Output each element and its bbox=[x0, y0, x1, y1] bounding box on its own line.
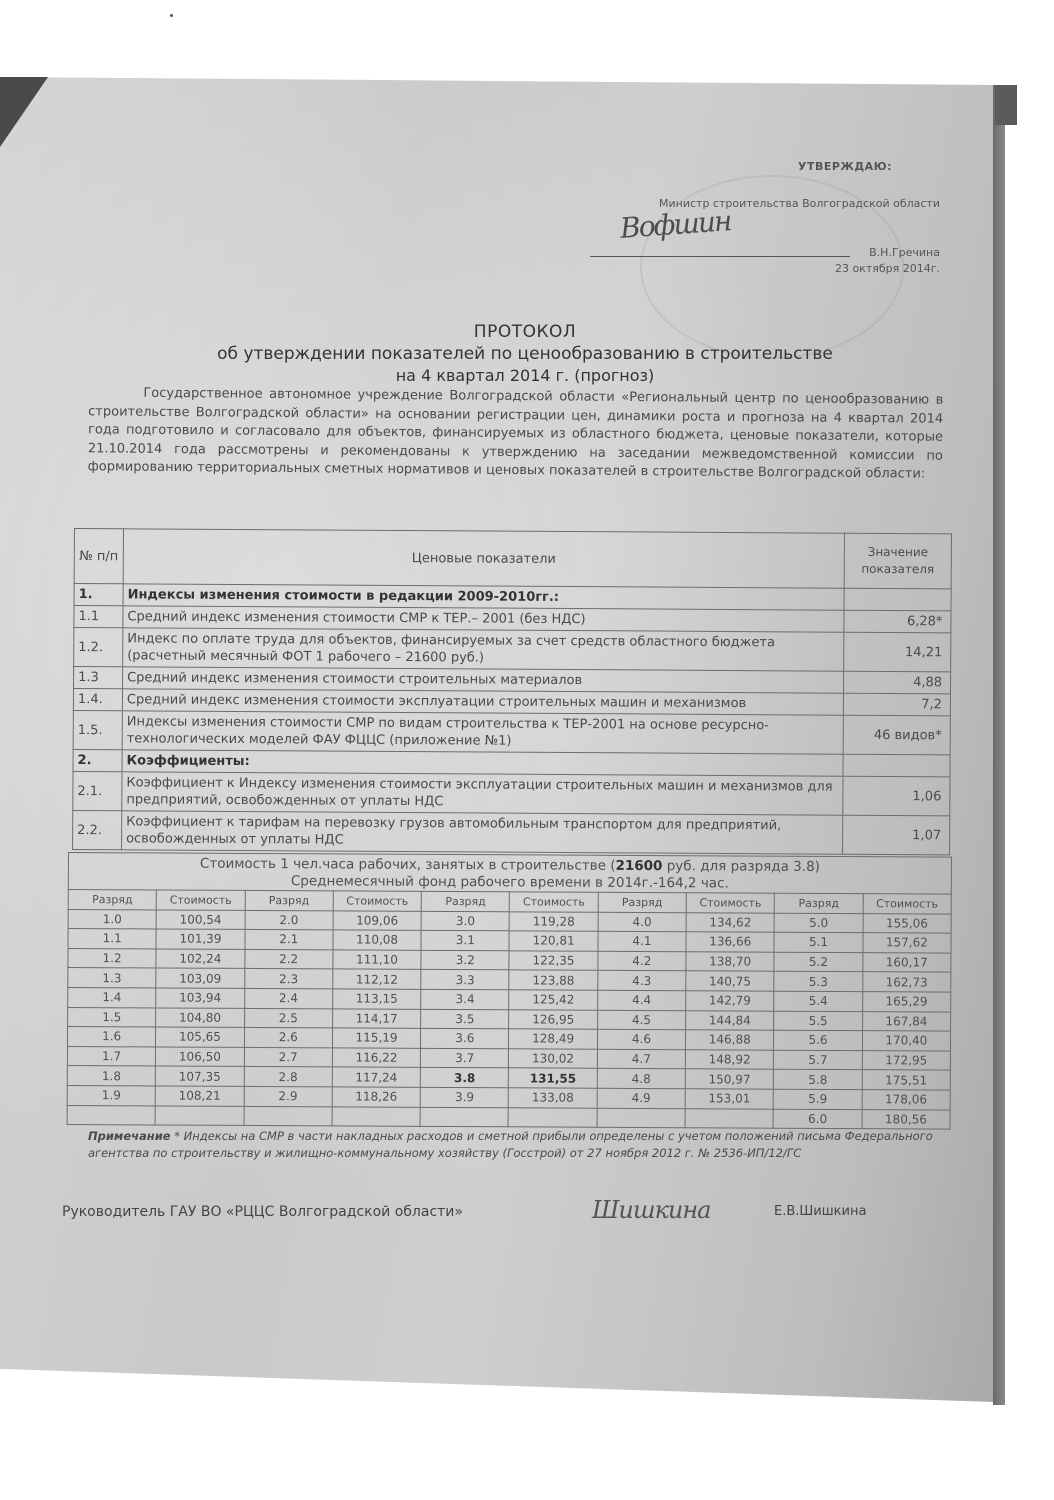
cost-cell bbox=[332, 1106, 420, 1126]
price-indicators-table: № п/п Ценовые показатели Значение показа… bbox=[72, 528, 952, 855]
cost-cell: 101,39 bbox=[156, 929, 244, 949]
table-row: 2.1.Коэффициент к Индексу изменения стои… bbox=[73, 771, 950, 815]
cost-cell: 102,24 bbox=[156, 949, 244, 969]
grade-cell: 3.4 bbox=[421, 989, 509, 1009]
table-row: 1.2.Индекс по оплате труда для объектов,… bbox=[74, 628, 951, 672]
grade-cell: 4.8 bbox=[597, 1069, 685, 1089]
grade-cell: 1.8 bbox=[67, 1066, 155, 1086]
grade-cell bbox=[244, 1106, 332, 1126]
footnote: Примечание * Индексы на СМР в части накл… bbox=[88, 1128, 958, 1162]
table-header-row: № п/п Ценовые показатели Значение показа… bbox=[74, 529, 951, 589]
cost-cell: 148,92 bbox=[685, 1049, 773, 1069]
row-number: 2.1. bbox=[73, 771, 122, 810]
cost-cell: 167,84 bbox=[862, 1011, 950, 1031]
hourly-rate-block: Стоимость 1 чел.часа рабочих, занятых в … bbox=[67, 852, 952, 1130]
row-value: 6,28* bbox=[844, 610, 951, 633]
row-number: 1.1 bbox=[74, 606, 123, 628]
cost-cell bbox=[155, 1105, 243, 1125]
cost-cell: 126,95 bbox=[509, 1009, 597, 1029]
cost-cell: 103,09 bbox=[156, 968, 244, 988]
cost-cell: 113,15 bbox=[333, 989, 421, 1009]
rate-row: 6.0180,56 bbox=[67, 1105, 950, 1129]
grade-cell: 4.6 bbox=[597, 1029, 685, 1049]
row-value: 14,21 bbox=[844, 632, 951, 672]
grade-cell: 3.6 bbox=[421, 1029, 509, 1049]
row-label: Индексы изменения стоимости СМР по видам… bbox=[122, 711, 843, 754]
row-number: 2.2. bbox=[73, 810, 122, 849]
grade-cell: 3.2 bbox=[421, 950, 509, 970]
header-grade: Разряд bbox=[68, 890, 156, 910]
approver-name: В.Н.Гречина bbox=[869, 246, 940, 259]
grade-cell: 1.9 bbox=[67, 1085, 155, 1105]
grade-cell: 3.9 bbox=[420, 1087, 508, 1107]
grade-cell: 2.1 bbox=[245, 930, 333, 950]
grade-cell: 5.0 bbox=[774, 913, 862, 933]
cost-cell: 111,10 bbox=[333, 950, 421, 970]
grade-cell: 3.7 bbox=[421, 1048, 509, 1068]
header-grade: Разряд bbox=[775, 893, 863, 913]
cost-cell: 109,06 bbox=[333, 910, 421, 930]
grade-cell: 1.1 bbox=[68, 929, 156, 949]
cost-cell: 112,12 bbox=[333, 969, 421, 989]
grade-cell: 3.3 bbox=[421, 970, 509, 990]
grade-cell: 5.9 bbox=[774, 1089, 862, 1109]
grade-cell: 4.0 bbox=[598, 912, 686, 932]
grade-cell: 2.0 bbox=[245, 910, 333, 930]
rate-caption: Стоимость 1 чел.часа рабочих, занятых в … bbox=[68, 852, 952, 894]
header-cost: Стоимость bbox=[156, 890, 244, 910]
note-text: * Индексы на СМР в части накладных расхо… bbox=[88, 1129, 933, 1160]
grade-cell: 1.0 bbox=[68, 909, 156, 929]
cost-cell: 114,17 bbox=[332, 1008, 420, 1028]
header-grade: Разряд bbox=[245, 890, 333, 910]
grade-cell bbox=[67, 1105, 155, 1125]
document-content: УТВЕРЖДАЮ: Министр строительства Волгогр… bbox=[0, 0, 1054, 1500]
grade-cell: 1.4 bbox=[68, 987, 156, 1007]
header-value: Значение показателя bbox=[844, 533, 951, 589]
grade-cell: 5.5 bbox=[774, 1011, 862, 1031]
cost-cell bbox=[509, 1107, 597, 1127]
cost-cell: 123,88 bbox=[509, 970, 597, 990]
grade-cell: 1.2 bbox=[68, 948, 156, 968]
row-label: Коэффициент к тарифам на перевозку грузо… bbox=[122, 811, 843, 854]
note-label: Примечание bbox=[88, 1129, 171, 1143]
grade-cell: 3.5 bbox=[421, 1009, 509, 1029]
cost-cell: 157,62 bbox=[863, 933, 951, 953]
row-value: 46 видов* bbox=[843, 715, 950, 755]
cost-cell: 107,35 bbox=[156, 1066, 244, 1086]
title-line-3: на 4 квартал 2014 г. (прогноз) bbox=[150, 366, 900, 385]
grade-cell: 5.2 bbox=[774, 952, 862, 972]
grade-cell: 5.3 bbox=[774, 972, 862, 992]
cost-cell: 162,73 bbox=[862, 972, 950, 992]
grade-cell: 2.4 bbox=[244, 988, 332, 1008]
approval-role: Министр строительства Волгоградской обла… bbox=[580, 197, 940, 210]
cost-cell: 170,40 bbox=[862, 1031, 950, 1051]
grade-cell: 4.5 bbox=[597, 1010, 685, 1030]
cost-cell: 136,66 bbox=[686, 932, 774, 952]
grade-cell: 1.7 bbox=[67, 1046, 155, 1066]
header-cost: Стоимость bbox=[863, 894, 951, 914]
cost-cell: 118,26 bbox=[332, 1087, 420, 1107]
grade-cell: 5.6 bbox=[774, 1030, 862, 1050]
grade-cell: 2.6 bbox=[244, 1028, 332, 1048]
row-number: 1. bbox=[74, 584, 123, 606]
cost-cell: 110,08 bbox=[333, 930, 421, 950]
grade-cell: 1.6 bbox=[67, 1027, 155, 1047]
cost-cell: 140,75 bbox=[686, 971, 774, 991]
table-row: 1.5.Индексы изменения стоимости СМР по в… bbox=[73, 710, 950, 754]
cost-cell: 146,88 bbox=[686, 1030, 774, 1050]
cost-cell: 100,54 bbox=[156, 910, 244, 930]
grade-cell: 5.8 bbox=[774, 1070, 862, 1090]
grade-cell: 5.4 bbox=[774, 991, 862, 1011]
grade-cell: 3.0 bbox=[421, 911, 509, 931]
cost-cell: 155,06 bbox=[863, 913, 951, 933]
cost-cell: 138,70 bbox=[686, 952, 774, 972]
grade-cell bbox=[420, 1107, 508, 1127]
row-number: 1.4. bbox=[73, 689, 122, 711]
cost-cell: 104,80 bbox=[156, 1008, 244, 1028]
row-number: 1.2. bbox=[74, 628, 123, 667]
cost-cell: 122,35 bbox=[509, 951, 597, 971]
row-value: 7,2 bbox=[843, 693, 950, 716]
cost-cell: 131,55 bbox=[509, 1068, 597, 1088]
head-signature: Шишкина bbox=[592, 1196, 710, 1224]
cost-cell: 178,06 bbox=[862, 1090, 950, 1110]
grade-cell: 6.0 bbox=[773, 1109, 861, 1129]
grade-cell: 4.2 bbox=[598, 951, 686, 971]
cost-cell: 120,81 bbox=[509, 931, 597, 951]
grade-cell: 1.3 bbox=[68, 968, 156, 988]
title-line-2: об утверждении показателей по ценообразо… bbox=[150, 344, 900, 364]
header-grade: Разряд bbox=[421, 891, 509, 911]
cost-cell: 144,84 bbox=[686, 1010, 774, 1030]
cost-cell: 180,56 bbox=[862, 1109, 950, 1129]
document-title: ПРОТОКОЛ об утверждении показателей по ц… bbox=[150, 322, 900, 385]
cost-cell: 128,49 bbox=[509, 1029, 597, 1049]
row-number: 1.5. bbox=[73, 710, 122, 749]
cost-cell: 105,65 bbox=[156, 1027, 244, 1047]
cost-cell: 116,22 bbox=[332, 1048, 420, 1068]
header-cost: Стоимость bbox=[686, 893, 774, 913]
cost-cell: 125,42 bbox=[509, 990, 597, 1010]
cost-cell: 150,97 bbox=[685, 1069, 773, 1089]
header-cost: Стоимость bbox=[510, 892, 598, 912]
grade-cell: 5.7 bbox=[774, 1050, 862, 1070]
cost-cell: 106,50 bbox=[156, 1047, 244, 1067]
grade-cell: 4.1 bbox=[598, 931, 686, 951]
head-name: Е.В.Шишкина bbox=[774, 1204, 866, 1219]
grade-cell: 2.8 bbox=[244, 1067, 332, 1087]
grade-cell bbox=[597, 1108, 685, 1128]
approval-caption: УТВЕРЖДАЮ: bbox=[580, 160, 940, 173]
header-cost: Стоимость bbox=[333, 891, 421, 911]
table-row: 2.2.Коэффициент к тарифам на перевозку г… bbox=[73, 810, 950, 854]
grade-cell: 2.3 bbox=[244, 969, 332, 989]
cost-cell: 130,02 bbox=[509, 1049, 597, 1069]
row-value: 1,06 bbox=[843, 776, 950, 816]
grade-cell: 2.9 bbox=[244, 1086, 332, 1106]
grade-cell: 3.8 bbox=[420, 1068, 508, 1088]
grade-cell: 3.1 bbox=[421, 931, 509, 951]
cost-cell: 115,19 bbox=[332, 1028, 420, 1048]
cost-cell: 153,01 bbox=[685, 1089, 773, 1109]
grade-cell: 4.4 bbox=[597, 990, 685, 1010]
grade-cell: 2.5 bbox=[244, 1008, 332, 1028]
cost-cell: 108,21 bbox=[155, 1086, 243, 1106]
row-value bbox=[843, 754, 950, 777]
grade-cell: 4.3 bbox=[598, 971, 686, 991]
row-number: 2. bbox=[73, 749, 122, 771]
signature-underline bbox=[590, 256, 850, 257]
row-number: 1.3 bbox=[74, 667, 123, 689]
cost-cell: 133,08 bbox=[509, 1088, 597, 1108]
cost-cell: 160,17 bbox=[863, 952, 951, 972]
cost-cell: 165,29 bbox=[862, 992, 950, 1012]
row-value: 1,07 bbox=[843, 815, 950, 855]
header-grade: Разряд bbox=[598, 892, 686, 912]
cost-cell: 175,51 bbox=[862, 1070, 950, 1090]
signature-line: В.Н.Гречина bbox=[580, 244, 940, 258]
head-role: Руководитель ГАУ ВО «РЦЦС Волгоградской … bbox=[62, 1204, 463, 1220]
row-label: Индекс по оплате труда для объектов, фин… bbox=[123, 628, 844, 671]
grade-cell: 1.5 bbox=[68, 1007, 156, 1027]
cost-cell: 103,94 bbox=[156, 988, 244, 1008]
grade-cell: 4.7 bbox=[597, 1049, 685, 1069]
intro-paragraph: Государственное автономное учреждение Во… bbox=[88, 384, 944, 484]
row-value: 4,88 bbox=[844, 671, 951, 694]
title-line-1: ПРОТОКОЛ bbox=[150, 322, 900, 342]
cost-cell: 119,28 bbox=[510, 911, 598, 931]
header-name: Ценовые показатели bbox=[123, 529, 844, 588]
grade-cell: 2.7 bbox=[244, 1047, 332, 1067]
row-label: Коэффициент к Индексу изменения стоимост… bbox=[122, 772, 843, 815]
approval-date: 23 октября 2014г. bbox=[580, 262, 940, 275]
row-value bbox=[844, 588, 951, 611]
cost-cell bbox=[685, 1108, 773, 1128]
cost-cell: 134,62 bbox=[686, 912, 774, 932]
cost-cell: 172,95 bbox=[862, 1050, 950, 1070]
hourly-rate-table: РазрядСтоимостьРазрядСтоимостьРазрядСтои… bbox=[67, 889, 952, 1130]
grade-cell: 2.2 bbox=[244, 949, 332, 969]
header-num: № п/п bbox=[74, 529, 123, 584]
cost-cell: 142,79 bbox=[686, 991, 774, 1011]
cost-cell: 117,24 bbox=[332, 1067, 420, 1087]
grade-cell: 5.1 bbox=[774, 932, 862, 952]
grade-cell: 4.9 bbox=[597, 1088, 685, 1108]
